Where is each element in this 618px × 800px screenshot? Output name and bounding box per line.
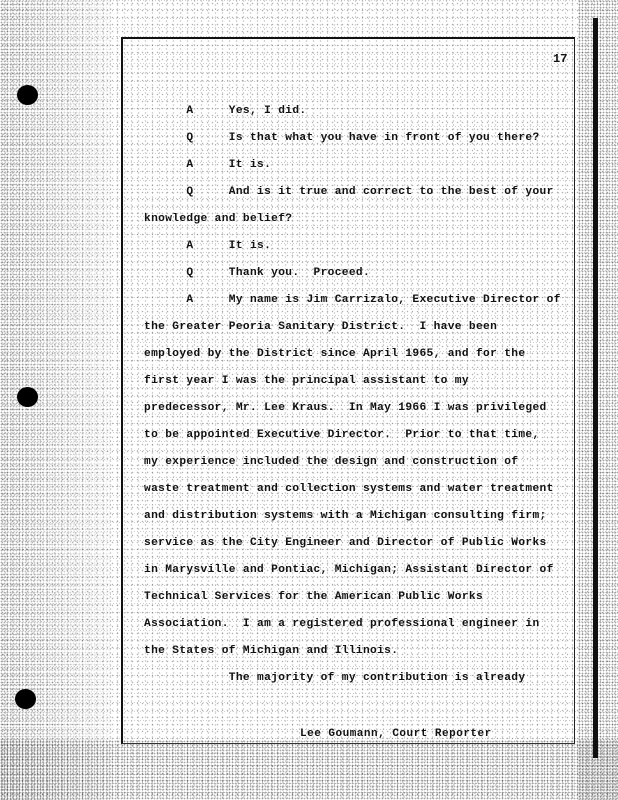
transcript-line: in Marysville and Pontiac, Michigan; Ass… — [144, 563, 554, 577]
page-number: 17 — [553, 52, 567, 66]
transcript-line: Q Thank you. Proceed. — [144, 266, 370, 280]
transcript-line: Q Is that what you have in front of you … — [144, 131, 540, 145]
transcript-line: employed by the District since April 196… — [144, 347, 525, 361]
scan-edge-right — [578, 0, 618, 800]
transcript-line: waste treatment and collection systems a… — [144, 482, 554, 496]
hole-punch-top — [17, 85, 38, 105]
court-reporter-footer: Lee Goumann, Court Reporter — [300, 728, 492, 740]
transcript-line: my experience included the design and co… — [144, 455, 518, 469]
transcript-line: knowledge and belief? — [144, 212, 292, 226]
transcript-line: A Yes, I did. — [144, 104, 306, 118]
transcript-line: the Greater Peoria Sanitary District. I … — [144, 320, 497, 334]
transcript-line: and distribution systems with a Michigan… — [144, 509, 547, 523]
scan-edge-shadow — [593, 18, 598, 758]
transcript-line: Association. I am a registered professio… — [144, 617, 540, 631]
transcript-line: the States of Michigan and Illinois. — [144, 644, 398, 658]
transcript-line: first year I was the principal assistant… — [144, 374, 469, 388]
transcript-line: A It is. — [144, 239, 271, 253]
transcript-line: to be appointed Executive Director. Prio… — [144, 428, 540, 442]
transcript-line: A It is. — [144, 158, 271, 172]
hole-punch-middle — [17, 387, 38, 407]
transcript-line: A My name is Jim Carrizalo, Executive Di… — [144, 293, 561, 307]
transcript-line: predecessor, Mr. Lee Kraus. In May 1966 … — [144, 401, 547, 415]
transcript-line: Q And is it true and correct to the best… — [144, 185, 554, 199]
transcript-line: Technical Services for the American Publ… — [144, 590, 483, 604]
transcript-line: The majority of my contribution is alrea… — [144, 671, 525, 685]
hole-punch-bottom — [15, 689, 36, 709]
transcript-line: service as the City Engineer and Directo… — [144, 536, 547, 550]
scan-edge-bottom — [0, 740, 618, 800]
